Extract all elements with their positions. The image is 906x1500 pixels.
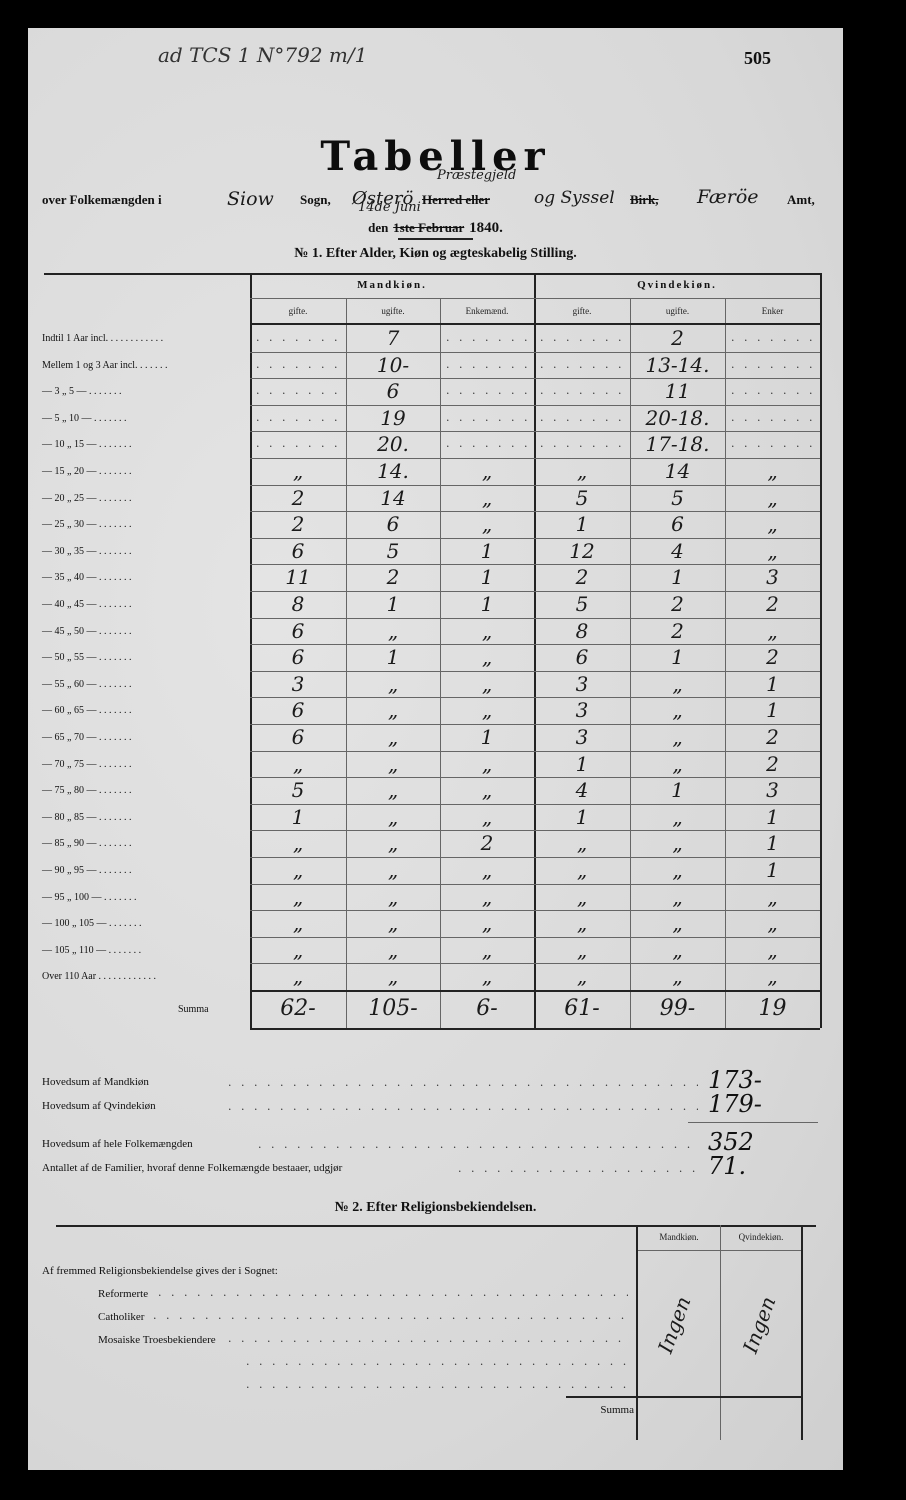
age-row-label: — 75 „ 80 — . . . . . . . [42, 785, 131, 796]
age-row-label: — 35 „ 40 — . . . . . . . [42, 572, 131, 583]
age-row-label: — 95 „ 100 — . . . . . . . [42, 892, 136, 903]
table-cell: . . . . . . . . . . [731, 384, 816, 397]
table-cell: 1 [440, 539, 534, 563]
table-cell: 19 [346, 406, 440, 430]
herred-label: Herred eller [422, 192, 490, 208]
table-cell: 6 [250, 698, 346, 722]
table-cell: . . . . . . . . . . [256, 331, 342, 344]
table-cell: 1 [346, 592, 440, 616]
table-cell: . . . . . . . . . . [446, 384, 530, 397]
table-cell: „ [534, 964, 630, 988]
age-row-label: — 40 „ 45 — . . . . . . . [42, 599, 131, 610]
table-cell: 6 [250, 725, 346, 749]
table-cell: „ [725, 885, 820, 909]
summa-label: Summa [178, 1004, 209, 1015]
age-row-label: — 85 „ 90 — . . . . . . . [42, 838, 131, 849]
date-line: 14de Juni den 1ste Februar 1840. [28, 218, 843, 237]
age-row-label: — 20 „ 25 — . . . . . . . [42, 493, 131, 504]
table-cell: „ [250, 752, 346, 776]
section2-female-none: Ingen [738, 1293, 780, 1356]
age-row-label: — 55 „ 60 — . . . . . . . [42, 679, 131, 690]
table-cell: 4 [630, 539, 725, 563]
age-row-label: — 105 „ 110 — . . . . . . . [42, 945, 141, 956]
table-cell: . . . . . . . . . . [446, 331, 530, 344]
table-cell: 3 [534, 725, 630, 749]
table-cell: „ [630, 805, 725, 829]
table-cell: „ [534, 911, 630, 935]
section2-header-rule [638, 1250, 801, 1251]
table-cell: 6 [250, 539, 346, 563]
table-cell: „ [346, 885, 440, 909]
column-header: gifte. [534, 306, 630, 316]
column-header-rule [250, 323, 820, 325]
table-cell: 20-18. [630, 406, 725, 430]
table-cell: 6 [346, 379, 440, 403]
table-cell: 5 [534, 592, 630, 616]
parish-name: Siow [227, 188, 274, 210]
table-cell: 1 [440, 592, 534, 616]
table-cell: . . . . . . . . . . [256, 358, 342, 371]
table-cell: 2 [630, 619, 725, 643]
religion-reformerte: Reformerte [98, 1288, 148, 1300]
table-cell: 14 [630, 459, 725, 483]
table-cell: 2 [630, 592, 725, 616]
table-cell: . . . . . . . . . . [446, 437, 530, 450]
dot-leader: . . . . . . . . . . . . . . . . . . . . … [228, 1332, 628, 1345]
table-cell: „ [346, 964, 440, 988]
age-row-label: — 30 „ 35 — . . . . . . . [42, 546, 131, 557]
age-row-label: — 25 „ 30 — . . . . . . . [42, 519, 131, 530]
table-cell: 11 [630, 379, 725, 403]
table-cell: „ [630, 752, 725, 776]
sogn-label: Sogn, [300, 192, 331, 208]
table-cell: 5 [630, 486, 725, 510]
table-cell: 6 [250, 645, 346, 669]
table-cell: . . . . . . . . . . [256, 437, 342, 450]
table-cell: „ [346, 752, 440, 776]
total-label: Hovedsum af Qvindekiøn [42, 1100, 156, 1112]
row-rule [250, 352, 820, 353]
total-label: Antallet af de Familier, hvoraf denne Fo… [42, 1162, 342, 1174]
table-cell: „ [346, 619, 440, 643]
table-cell: 2 [725, 645, 820, 669]
table-cell: „ [630, 938, 725, 962]
section2-intro: Af fremmed Religionsbekiendelse gives de… [42, 1265, 278, 1277]
table-cell: „ [440, 778, 534, 802]
table-cell: „ [534, 938, 630, 962]
group-header-rule [250, 298, 820, 299]
summa-cell: 61- [534, 996, 630, 1021]
section2-top-rule [56, 1225, 816, 1227]
female-group-header: Qvindekiøn. [534, 279, 820, 291]
table-cell: „ [534, 459, 630, 483]
year: 1840. [469, 220, 503, 236]
table-cell: „ [534, 831, 630, 855]
row-rule [250, 378, 820, 379]
total-value: 179- [708, 1090, 762, 1118]
table-cell: 1 [725, 805, 820, 829]
table-cell: 2 [725, 725, 820, 749]
age-row-label: — 60 „ 65 — . . . . . . . [42, 705, 131, 716]
age-row-label: — 80 „ 85 — . . . . . . . [42, 812, 131, 823]
table-cell: 1 [440, 565, 534, 589]
table-cell: 1 [725, 698, 820, 722]
table-cell: „ [250, 459, 346, 483]
table-cell: . . . . . . . . . . [540, 384, 626, 397]
table-cell: „ [630, 964, 725, 988]
table-cell: „ [346, 938, 440, 962]
table-cell: 12 [534, 539, 630, 563]
dot-leader: . . . . . . . . . . . . . . . . . . . . … [246, 1355, 628, 1368]
table-cell: „ [725, 938, 820, 962]
syssel-note: og Syssel [534, 188, 615, 208]
table-cell: „ [630, 672, 725, 696]
form-title: Tabeller [28, 133, 843, 180]
table-cell: . . . . . . . . . . [256, 384, 342, 397]
table-cell: 8 [534, 619, 630, 643]
table-cell: 14. [346, 459, 440, 483]
section2-divider-mid [720, 1225, 721, 1440]
section1-title: № 1. Efter Alder, Kiøn og ægteskabelig S… [28, 246, 843, 262]
table-cell: 8 [250, 592, 346, 616]
table-cell: „ [725, 911, 820, 935]
dot-leader: . . . . . . . . . . . . . . . . . . . . … [153, 1309, 628, 1322]
table-cell: 2 [534, 565, 630, 589]
table-cell: „ [630, 831, 725, 855]
religion-catholiker: Catholiker [98, 1311, 144, 1323]
table-cell: „ [534, 858, 630, 882]
table-cell: 4 [534, 778, 630, 802]
table-cell: 1 [630, 645, 725, 669]
table-cell: 17-18. [630, 432, 725, 456]
section2-summa-rule [566, 1396, 801, 1398]
prestegjeld-note: Præstegjeld [437, 168, 516, 183]
dot-leader: . . . . . . . . . . . . . . . . . . . . … [228, 1100, 698, 1113]
table-cell: „ [440, 911, 534, 935]
sum-underline [688, 1122, 818, 1123]
table-cell: 1 [725, 672, 820, 696]
table-cell: 2 [725, 592, 820, 616]
total-label: Hovedsum af Mandkiøn [42, 1076, 149, 1088]
table-cell: „ [725, 964, 820, 988]
age-row-label: — 10 „ 15 — . . . . . . . [42, 439, 131, 450]
table-cell: 1 [440, 725, 534, 749]
table-cell: „ [440, 672, 534, 696]
male-group-header: Mandkiøn. [250, 279, 534, 291]
summa-cell: 19 [725, 996, 820, 1021]
age-row-label: — 65 „ 70 — . . . . . . . [42, 732, 131, 743]
table-cell: . . . . . . . . . . [446, 411, 530, 424]
table-cell: „ [440, 619, 534, 643]
table-cell: . . . . . . . . . . [540, 358, 626, 371]
age-row-label: — 70 „ 75 — . . . . . . . [42, 759, 131, 770]
table-cell: 2 [250, 486, 346, 510]
section2-female-header: Qvindekiøn. [721, 1232, 801, 1242]
summa-top-rule [250, 990, 820, 992]
table-cell: 7 [346, 326, 440, 350]
table-cell: „ [346, 672, 440, 696]
table-cell: 1 [534, 805, 630, 829]
page-number: 505 [744, 48, 771, 69]
table-cell: „ [440, 698, 534, 722]
section2-divider-right [801, 1225, 803, 1440]
table-cell: „ [346, 911, 440, 935]
section2-male-header: Mandkiøn. [638, 1232, 720, 1242]
table-cell: „ [250, 831, 346, 855]
column-header: ugifte. [346, 306, 440, 316]
table-cell: „ [346, 698, 440, 722]
table-cell: 14 [346, 486, 440, 510]
column-header: gifte. [250, 306, 346, 316]
dot-leader: . . . . . . . . . . . . . . . . . . . . … [246, 1378, 628, 1391]
age-row-label: Over 110 Aar . . . . . . . . . . . . [42, 971, 156, 982]
table-cell: 3 [250, 672, 346, 696]
table-cell: „ [346, 725, 440, 749]
table-cell: . . . . . . . . . . [731, 437, 816, 450]
table-cell: . . . . . . . . . . [731, 411, 816, 424]
table-cell: 1 [534, 512, 630, 536]
dot-leader: . . . . . . . . . . . . . . . . . . . . … [228, 1076, 698, 1089]
summa-bottom-rule [250, 1028, 820, 1030]
table-cell: 1 [630, 565, 725, 589]
table-cell: „ [440, 645, 534, 669]
ornament-divider [398, 238, 473, 240]
religion-mosaiske: Mosaiske Troesbekiendere [98, 1334, 216, 1346]
table-cell: „ [725, 459, 820, 483]
table-cell: . . . . . . . . . . [731, 358, 816, 371]
column-header: ugifte. [630, 306, 725, 316]
table-cell: „ [346, 778, 440, 802]
column-header: Enker [725, 306, 820, 316]
table-cell: „ [250, 964, 346, 988]
row-rule [250, 431, 820, 432]
table-cell: 1 [346, 645, 440, 669]
table-cell: 1 [725, 831, 820, 855]
dot-leader: . . . . . . . . . . . . . . . . . . . . … [158, 1286, 628, 1299]
table-cell: 6 [250, 619, 346, 643]
table-cell: 1 [534, 752, 630, 776]
birk-label: Birk, [630, 192, 659, 208]
table-cell: „ [725, 512, 820, 536]
table-cell: „ [630, 911, 725, 935]
table-cell: „ [630, 725, 725, 749]
table-cell: „ [346, 858, 440, 882]
age-row-label: — 15 „ 20 — . . . . . . . [42, 466, 131, 477]
table-cell: „ [250, 938, 346, 962]
table-cell: 6 [346, 512, 440, 536]
table-cell: . . . . . . . . . . [540, 331, 626, 344]
age-row-label: — 50 „ 55 — . . . . . . . [42, 652, 131, 663]
table-top-rule [44, 273, 820, 275]
table-cell: 2 [725, 752, 820, 776]
table-cell: „ [250, 858, 346, 882]
census-form-page: ad TCS 1 N°792 m/1 505 Tabeller over Fol… [28, 28, 843, 1470]
amt-name: Færöe [697, 186, 759, 208]
age-row-label: Indtil 1 Aar incl. . . . . . . . . . . . [42, 333, 163, 344]
table-cell: „ [630, 885, 725, 909]
table-cell: „ [440, 938, 534, 962]
table-cell: „ [534, 885, 630, 909]
summa-cell: 62- [250, 996, 346, 1021]
table-cell: „ [725, 539, 820, 563]
table-cell: 2 [346, 565, 440, 589]
summa-cell: 99- [630, 996, 725, 1021]
struck-date: 1ste Februar [393, 220, 464, 235]
table-cell: 5 [534, 486, 630, 510]
handwritten-date: 14de Juni [358, 200, 421, 215]
table-cell: 3 [534, 698, 630, 722]
table-cell: . . . . . . . . . . [540, 411, 626, 424]
table-cell: 13-14. [630, 353, 725, 377]
table-cell: „ [346, 805, 440, 829]
table-cell: 5 [250, 778, 346, 802]
table-cell: „ [440, 885, 534, 909]
table-cell: 6 [534, 645, 630, 669]
age-row-label: — 90 „ 95 — . . . . . . . [42, 865, 131, 876]
table-cell: . . . . . . . . . . [731, 331, 816, 344]
age-row-label: — 45 „ 50 — . . . . . . . [42, 626, 131, 637]
date-prefix: den [368, 220, 388, 235]
table-cell: „ [440, 486, 534, 510]
table-cell: 5 [346, 539, 440, 563]
table-cell: . . . . . . . . . . [446, 358, 530, 371]
table-cell: 1 [725, 858, 820, 882]
dot-leader: . . . . . . . . . . . . . . . . . . . . … [458, 1162, 698, 1175]
section2-summa-label: Summa [588, 1404, 634, 1416]
archive-reference: ad TCS 1 N°792 m/1 [158, 43, 367, 67]
table-cell: „ [440, 858, 534, 882]
age-row-label: — 3 „ 5 — . . . . . . . [42, 386, 121, 397]
table-cell: . . . . . . . . . . [540, 437, 626, 450]
total-value: 71. [708, 1152, 746, 1180]
column-header: Enkemænd. [440, 306, 534, 316]
section2-divider-left [636, 1225, 638, 1440]
table-cell: 6 [630, 512, 725, 536]
age-row-label: — 5 „ 10 — . . . . . . . [42, 413, 126, 424]
summa-cell: 105- [346, 996, 440, 1021]
row-rule [250, 405, 820, 406]
table-cell: . . . . . . . . . . [256, 411, 342, 424]
subtitle-prefix: over Folkemængden i [42, 192, 162, 208]
table-cell: 10- [346, 353, 440, 377]
amt-label: Amt, [787, 192, 815, 208]
table-cell: 1 [250, 805, 346, 829]
table-cell: 3 [534, 672, 630, 696]
table-cell: „ [630, 698, 725, 722]
table-cell: „ [250, 885, 346, 909]
table-cell: „ [440, 964, 534, 988]
total-label: Hovedsum af hele Folkemængden [42, 1138, 193, 1150]
table-cell: „ [630, 858, 725, 882]
table-cell: „ [250, 911, 346, 935]
table-cell: 20. [346, 432, 440, 456]
table-vertical-bold [820, 273, 822, 1028]
summa-cell: 6- [440, 996, 534, 1021]
table-cell: „ [346, 831, 440, 855]
table-cell: 3 [725, 565, 820, 589]
table-cell: 2 [440, 831, 534, 855]
table-cell: „ [440, 752, 534, 776]
table-cell: 11 [250, 565, 346, 589]
table-cell: 1 [630, 778, 725, 802]
table-cell: 2 [630, 326, 725, 350]
table-cell: „ [725, 486, 820, 510]
dot-leader: . . . . . . . . . . . . . . . . . . . . … [258, 1138, 698, 1151]
table-cell: „ [440, 512, 534, 536]
age-row-label: — 100 „ 105 — . . . . . . . [42, 918, 141, 929]
section2-male-none: Ingen [653, 1293, 695, 1356]
table-cell: „ [725, 619, 820, 643]
section2-title: № 2. Efter Religionsbekiendelsen. [28, 1200, 843, 1216]
age-row-label: Mellem 1 og 3 Aar incl. . . . . . . [42, 360, 168, 371]
table-cell: 3 [725, 778, 820, 802]
table-cell: 2 [250, 512, 346, 536]
table-cell: „ [440, 459, 534, 483]
table-cell: „ [440, 805, 534, 829]
